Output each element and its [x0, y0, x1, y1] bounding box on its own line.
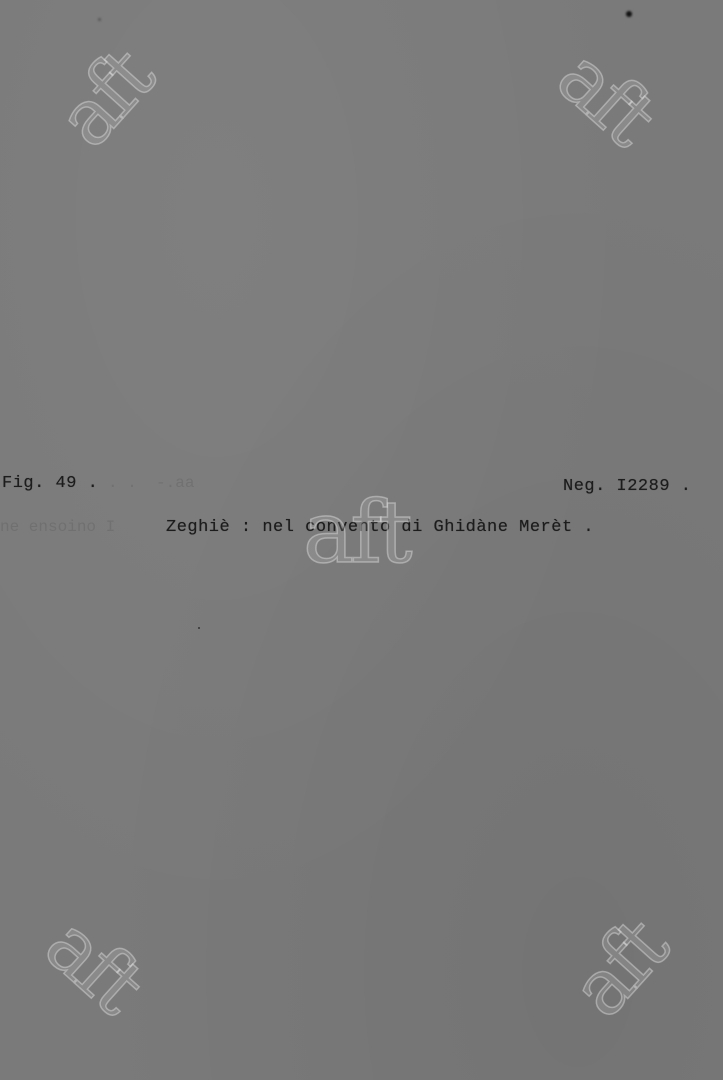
- watermark-logo-bottom-left: aft: [32, 904, 155, 1025]
- archive-photo-card: ne ensoino I . . -.aa Fig. 49 . Neg. I22…: [0, 0, 723, 1080]
- ghost-text-bleedthrough-top: . . -.aa: [108, 474, 194, 492]
- dust-speck: [198, 627, 200, 629]
- dust-speck: [98, 18, 101, 21]
- negative-number-label: Neg. I2289 .: [563, 477, 691, 496]
- figure-label: Fig. 49 .: [2, 474, 98, 493]
- watermark-logo-bottom-right: aft: [559, 908, 680, 1031]
- watermark-logo-center: aft: [303, 490, 409, 576]
- watermark-logo-top-left: aft: [45, 38, 166, 161]
- watermark-logo-top-right: aft: [544, 36, 667, 157]
- dust-speck: [626, 11, 632, 17]
- ghost-text-bleedthrough: ne ensoino I: [0, 518, 115, 536]
